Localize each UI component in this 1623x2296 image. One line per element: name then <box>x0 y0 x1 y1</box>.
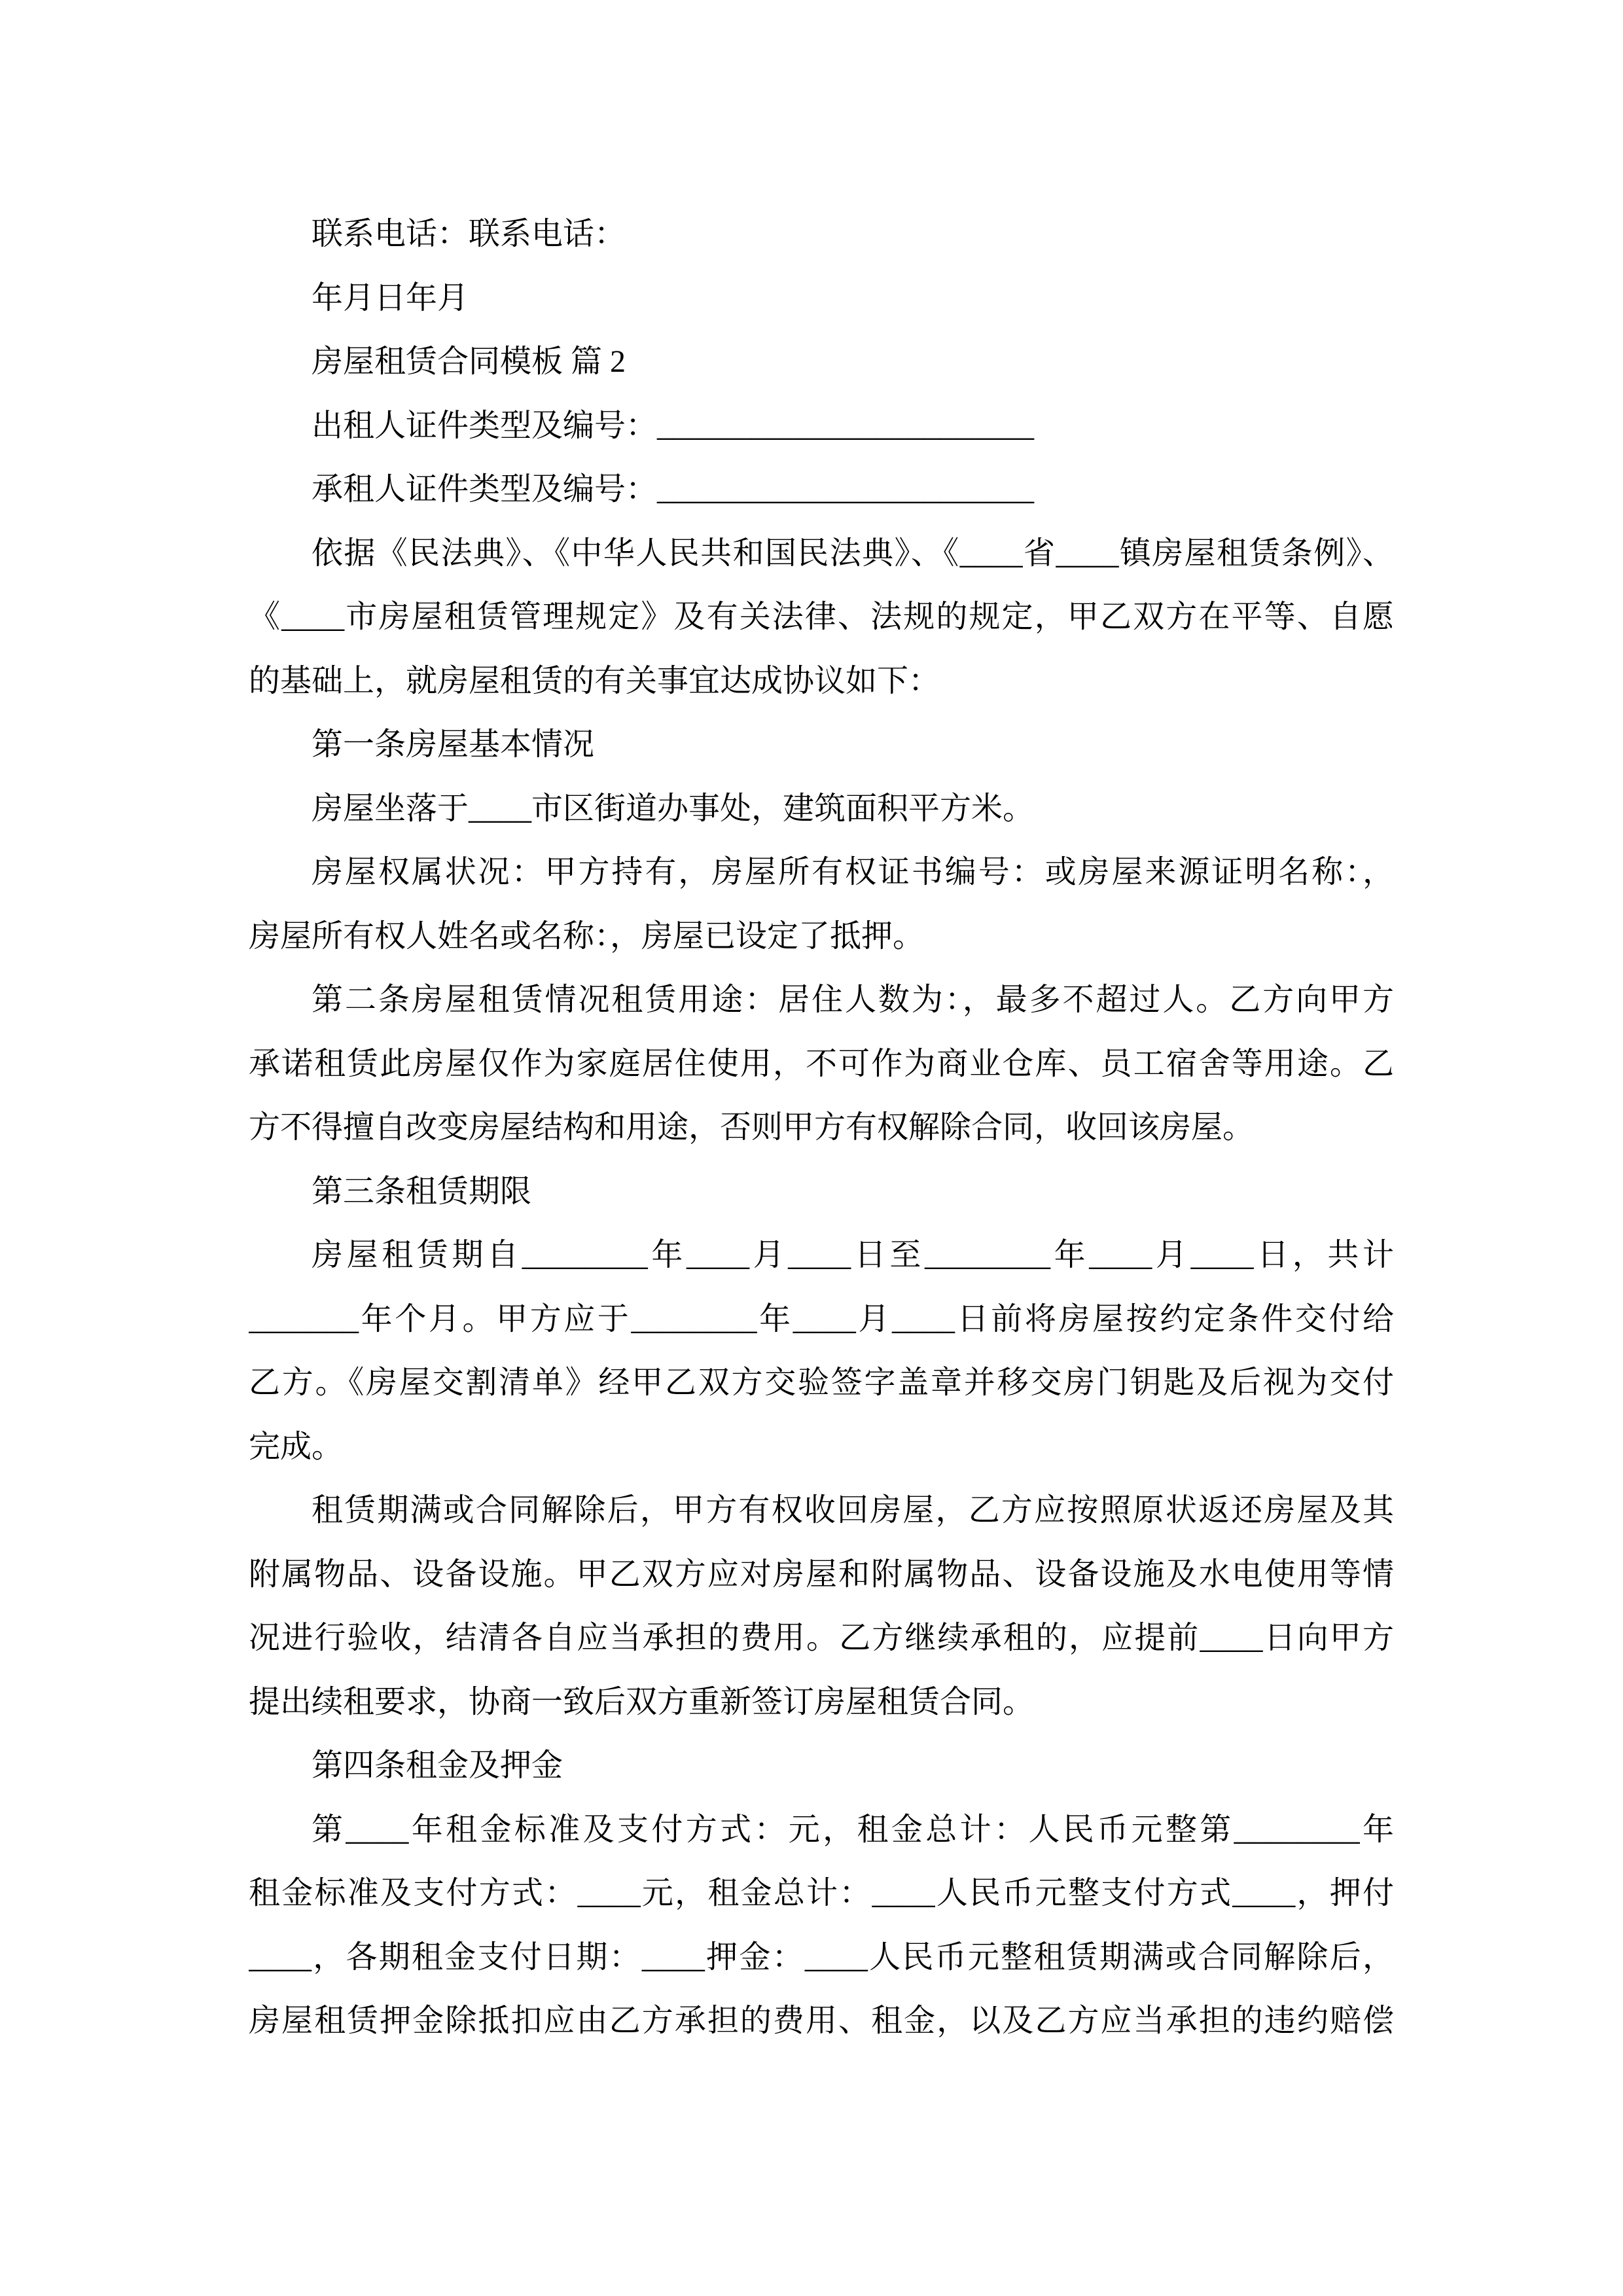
contract-line: 房屋租赁押金除抵扣应由乙方承担的费用、租金，以及乙方应当承担的违约赔偿 <box>249 1989 1394 2053</box>
clause-4-heading: 第四条租金及押金 <box>249 1734 1394 1798</box>
document-title: 房屋租赁合同模板 篇 2 <box>249 330 1394 394</box>
contract-line: 《____市房屋租赁管理规定》及有关法律、法规的规定，甲乙双方在平等、自愿 <box>249 585 1394 649</box>
contract-line: 房屋权属状况：甲方持有，房屋所有权证书编号：或房屋来源证明名称：， <box>249 840 1394 905</box>
clause-2-heading: 第二条房屋租赁情况租赁用途：居住人数为：，最多不超过人。乙方向甲方 <box>249 968 1394 1032</box>
contract-line: 方不得擅自改变房屋结构和用途，否则甲方有权解除合同，收回该房屋。 <box>249 1096 1394 1160</box>
contract-line: 的基础上，就房屋租赁的有关事宜达成协议如下： <box>249 649 1394 713</box>
contract-line: 联系电话：联系电话： <box>249 202 1394 266</box>
contract-line: 房屋坐落于____市区街道办事处，建筑面积平方米。 <box>249 777 1394 841</box>
contract-line: 附属物品、设备设施。甲乙双方应对房屋和附属物品、设备设施及水电使用等情 <box>249 1543 1394 1607</box>
contract-line: 完成。 <box>249 1415 1394 1479</box>
contract-line: 提出续租要求，协商一致后双方重新签订房屋租赁合同。 <box>249 1670 1394 1734</box>
contract-body: 联系电话：联系电话：年月日年月房屋租赁合同模板 篇 2出租人证件类型及编号：__… <box>249 202 1394 2053</box>
contract-line: 年月日年月 <box>249 266 1394 331</box>
contract-line: 租金标准及支付方式：____元，租金总计：____人民币元整支付方式____，押… <box>249 1861 1394 1926</box>
contract-line: 依据《民法典》、《中华人民共和国民法典》、《____省____镇房屋租赁条例》、 <box>249 522 1394 586</box>
contract-line: _______年个月。甲方应于________年____月____日前将房屋按约… <box>249 1287 1394 1352</box>
contract-line: 房屋租赁期自________年____月____日至________年____月… <box>249 1223 1394 1287</box>
contract-line: 况进行验收，结清各自应当承担的费用。乙方继续承租的，应提前____日向甲方 <box>249 1606 1394 1670</box>
clause-3-heading: 第三条租赁期限 <box>249 1160 1394 1224</box>
contract-line: 租赁期满或合同解除后，甲方有权收回房屋，乙方应按照原状返还房屋及其 <box>249 1479 1394 1543</box>
contract-line: 房屋所有权人姓名或名称：，房屋已设定了抵押。 <box>249 905 1394 969</box>
contract-line: 第____年租金标准及支付方式：元，租金总计：人民币元整第________年 <box>249 1798 1394 1862</box>
clause-1-heading: 第一条房屋基本情况 <box>249 713 1394 777</box>
contract-line: 承租人证件类型及编号：________________________ <box>249 457 1394 522</box>
contract-line: 承诺租赁此房屋仅作为家庭居住使用，不可作为商业仓库、员工宿舍等用途。乙 <box>249 1032 1394 1096</box>
contract-page: { "page": { "background_color": "#ffffff… <box>0 0 1623 2296</box>
contract-line: ____，各期租金支付日期：____押金：____人民币元整租赁期满或合同解除后… <box>249 1926 1394 1990</box>
contract-line: 出租人证件类型及编号：________________________ <box>249 394 1394 458</box>
contract-line: 乙方。《房屋交割清单》经甲乙双方交验签字盖章并移交房门钥匙及后视为交付 <box>249 1351 1394 1415</box>
